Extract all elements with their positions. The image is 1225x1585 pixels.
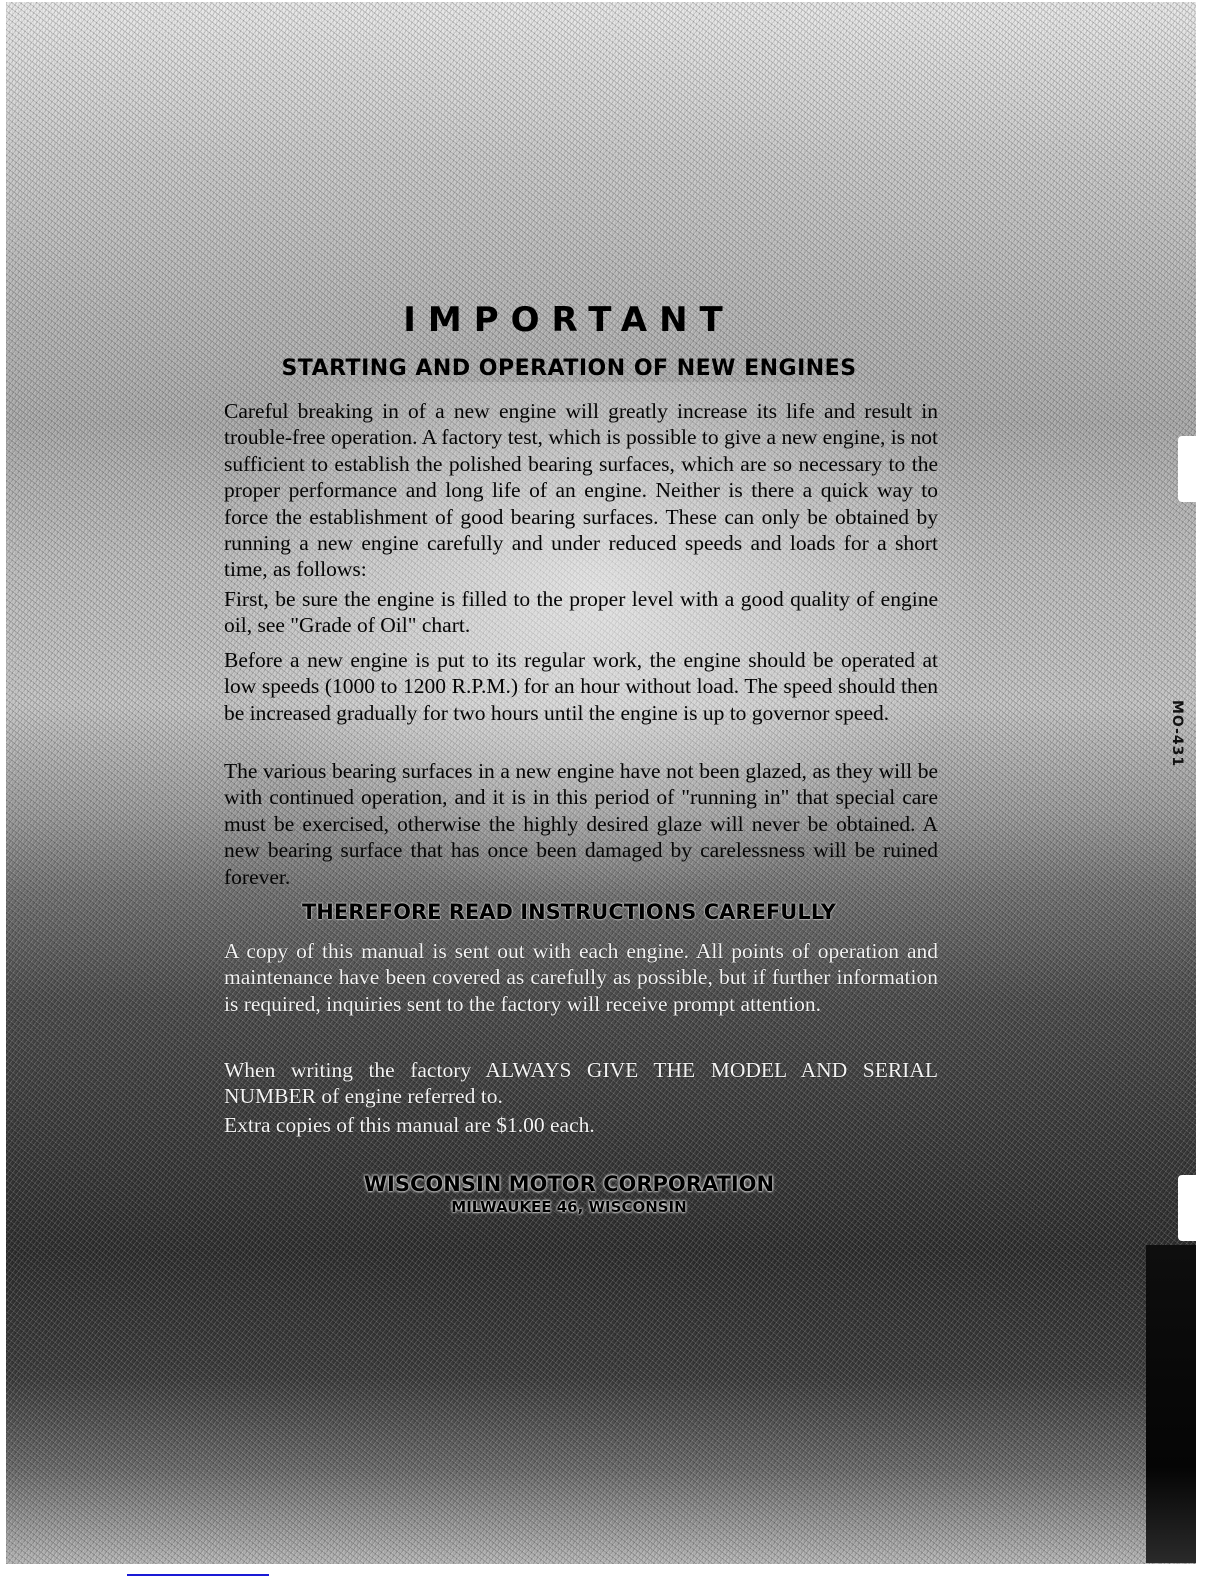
page-subtitle: STARTING AND OPERATION OF NEW ENGINES (212, 356, 926, 381)
company-city: MILWAUKEE 46, WISCONSIN (212, 1198, 926, 1216)
company-name: WISCONSIN MOTOR CORPORATION (212, 1172, 926, 1196)
paragraph-manual-copy: A copy of this manual is sent out with e… (224, 938, 938, 1017)
paragraph-low-speeds: Before a new engine is put to its regula… (224, 647, 938, 726)
dark-edge-strip (1146, 1245, 1196, 1563)
paragraph-extra-copies: Extra copies of this manual are $1.00 ea… (224, 1112, 938, 1138)
page-tab-notch-lower (1178, 1175, 1196, 1241)
section-heading: THEREFORE READ INSTRUCTIONS CAREFULLY (212, 900, 926, 924)
page-title: IMPORTANT (212, 300, 926, 340)
bottom-blue-rule (127, 1574, 269, 1576)
paragraph-bearing-surfaces: The various bearing surfaces in a new en… (224, 758, 938, 890)
page-tab-notch-upper (1178, 436, 1196, 502)
paragraph-model-serial: When writing the factory ALWAYS GIVE THE… (224, 1057, 938, 1110)
paragraph-breaking-in: Careful breaking in of a new engine will… (224, 398, 938, 583)
paragraph-oil: First, be sure the engine is filled to t… (224, 586, 938, 639)
side-form-code: MO-431 (1169, 700, 1185, 767)
